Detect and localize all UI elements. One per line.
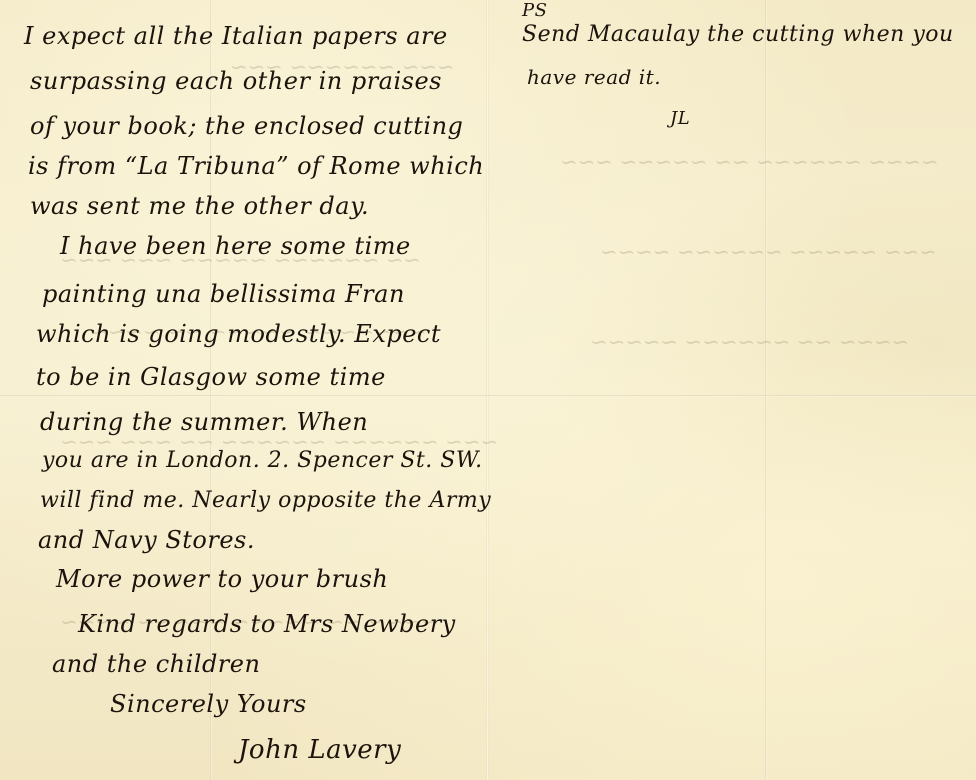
- postscript-line: Send Macaulay the cutting when you: [522, 22, 954, 47]
- letter-line: of your book; the enclosed cutting: [30, 112, 463, 140]
- letter-line: surpassing each other in praises: [30, 67, 442, 95]
- letter-line: was sent me the other day.: [30, 192, 369, 220]
- letter-line: More power to your brush: [56, 565, 388, 593]
- left-page: I expect all the Italian papers are surp…: [0, 0, 487, 780]
- letter-line: you are in London. 2. Spencer St. SW.: [42, 448, 483, 473]
- letter-closing: Sincerely Yours: [110, 690, 307, 718]
- postscript-initials: JL: [670, 108, 690, 129]
- letter-line: I expect all the Italian papers are: [24, 22, 448, 50]
- letter-scan: ~~~ ~~~~~~ ~~~ ~~ ~~~~~~ ~~~~~ ~~~ ~~~ ~…: [0, 0, 976, 780]
- postscript-line: have read it.: [527, 65, 661, 89]
- letter-line: and the children: [52, 650, 260, 678]
- letter-line: which is going modestly. Expect: [36, 320, 441, 348]
- letter-line: painting una bellissima Fran: [42, 280, 405, 308]
- signature: John Lavery: [238, 735, 401, 765]
- letter-line: to be in Glasgow some time: [36, 363, 386, 391]
- right-page: PS Send Macaulay the cutting when you ha…: [487, 0, 976, 780]
- letter-line: and Navy Stores.: [38, 526, 255, 554]
- letter-line: will find me. Nearly opposite the Army: [40, 488, 491, 513]
- letter-line: during the summer. When: [40, 408, 368, 436]
- letter-line: I have been here some time: [60, 232, 411, 260]
- postscript-label: PS: [522, 0, 547, 21]
- letter-line: Kind regards to Mrs Newbery: [78, 610, 456, 638]
- letter-line: is from “La Tribuna” of Rome which: [28, 152, 484, 180]
